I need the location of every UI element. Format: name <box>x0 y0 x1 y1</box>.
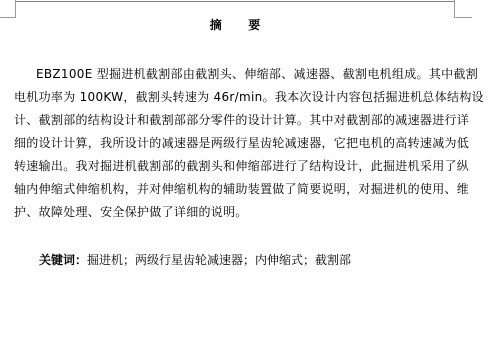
title-char-2: 要 <box>248 16 262 34</box>
abstract-line: 转速输出。我对掘进机截割部的截割头和伸缩部进行了结构设计，此掘进机采用了纵 <box>14 155 452 178</box>
page-top-edge <box>15 1 455 2</box>
abstract-line: 护、故障处理、安全保护做了详细的说明。 <box>14 201 452 224</box>
keywords-value: 掘进机；两级行星齿轮减速器；内伸缩式；截割部 <box>87 253 351 267</box>
margin-mark-left-vertical <box>15 0 16 17</box>
abstract-line: 电机功率为 100KW，截割头转速为 46r/min。我本次设计内容包括掘进机总… <box>14 86 452 109</box>
abstract-line: EBZ100E 型掘进机截割部由截割头、伸缩部、减速器、截割电机组成。其中截割 <box>14 63 452 86</box>
keywords-line: 关键词：掘进机；两级行星齿轮减速器；内伸缩式；截割部 <box>39 250 351 270</box>
abstract-line: 计、截割部的结构设计和截割部部分零件的设计计算。其中对截割部的减速器进行详 <box>14 109 452 132</box>
abstract-line: 细的设计计算，我所设计的减速器是两级行星齿轮减速器，它把电机的高转速减为低 <box>14 132 452 155</box>
margin-mark-right-vertical <box>454 0 455 17</box>
keywords-label: 关键词： <box>39 253 87 267</box>
title-char-1: 摘 <box>210 16 224 34</box>
abstract-title: 摘 要 <box>0 16 472 34</box>
abstract-line: 轴内伸缩式伸缩机构，并对伸缩机构的辅助装置做了简要说明，对掘进机的使用、维 <box>14 178 452 201</box>
document-page: 摘 要 EBZ100E 型掘进机截割部由截割头、伸缩部、减速器、截割电机组成。其… <box>0 0 488 361</box>
abstract-paragraph: EBZ100E 型掘进机截割部由截割头、伸缩部、减速器、截割电机组成。其中截割 … <box>14 63 452 224</box>
